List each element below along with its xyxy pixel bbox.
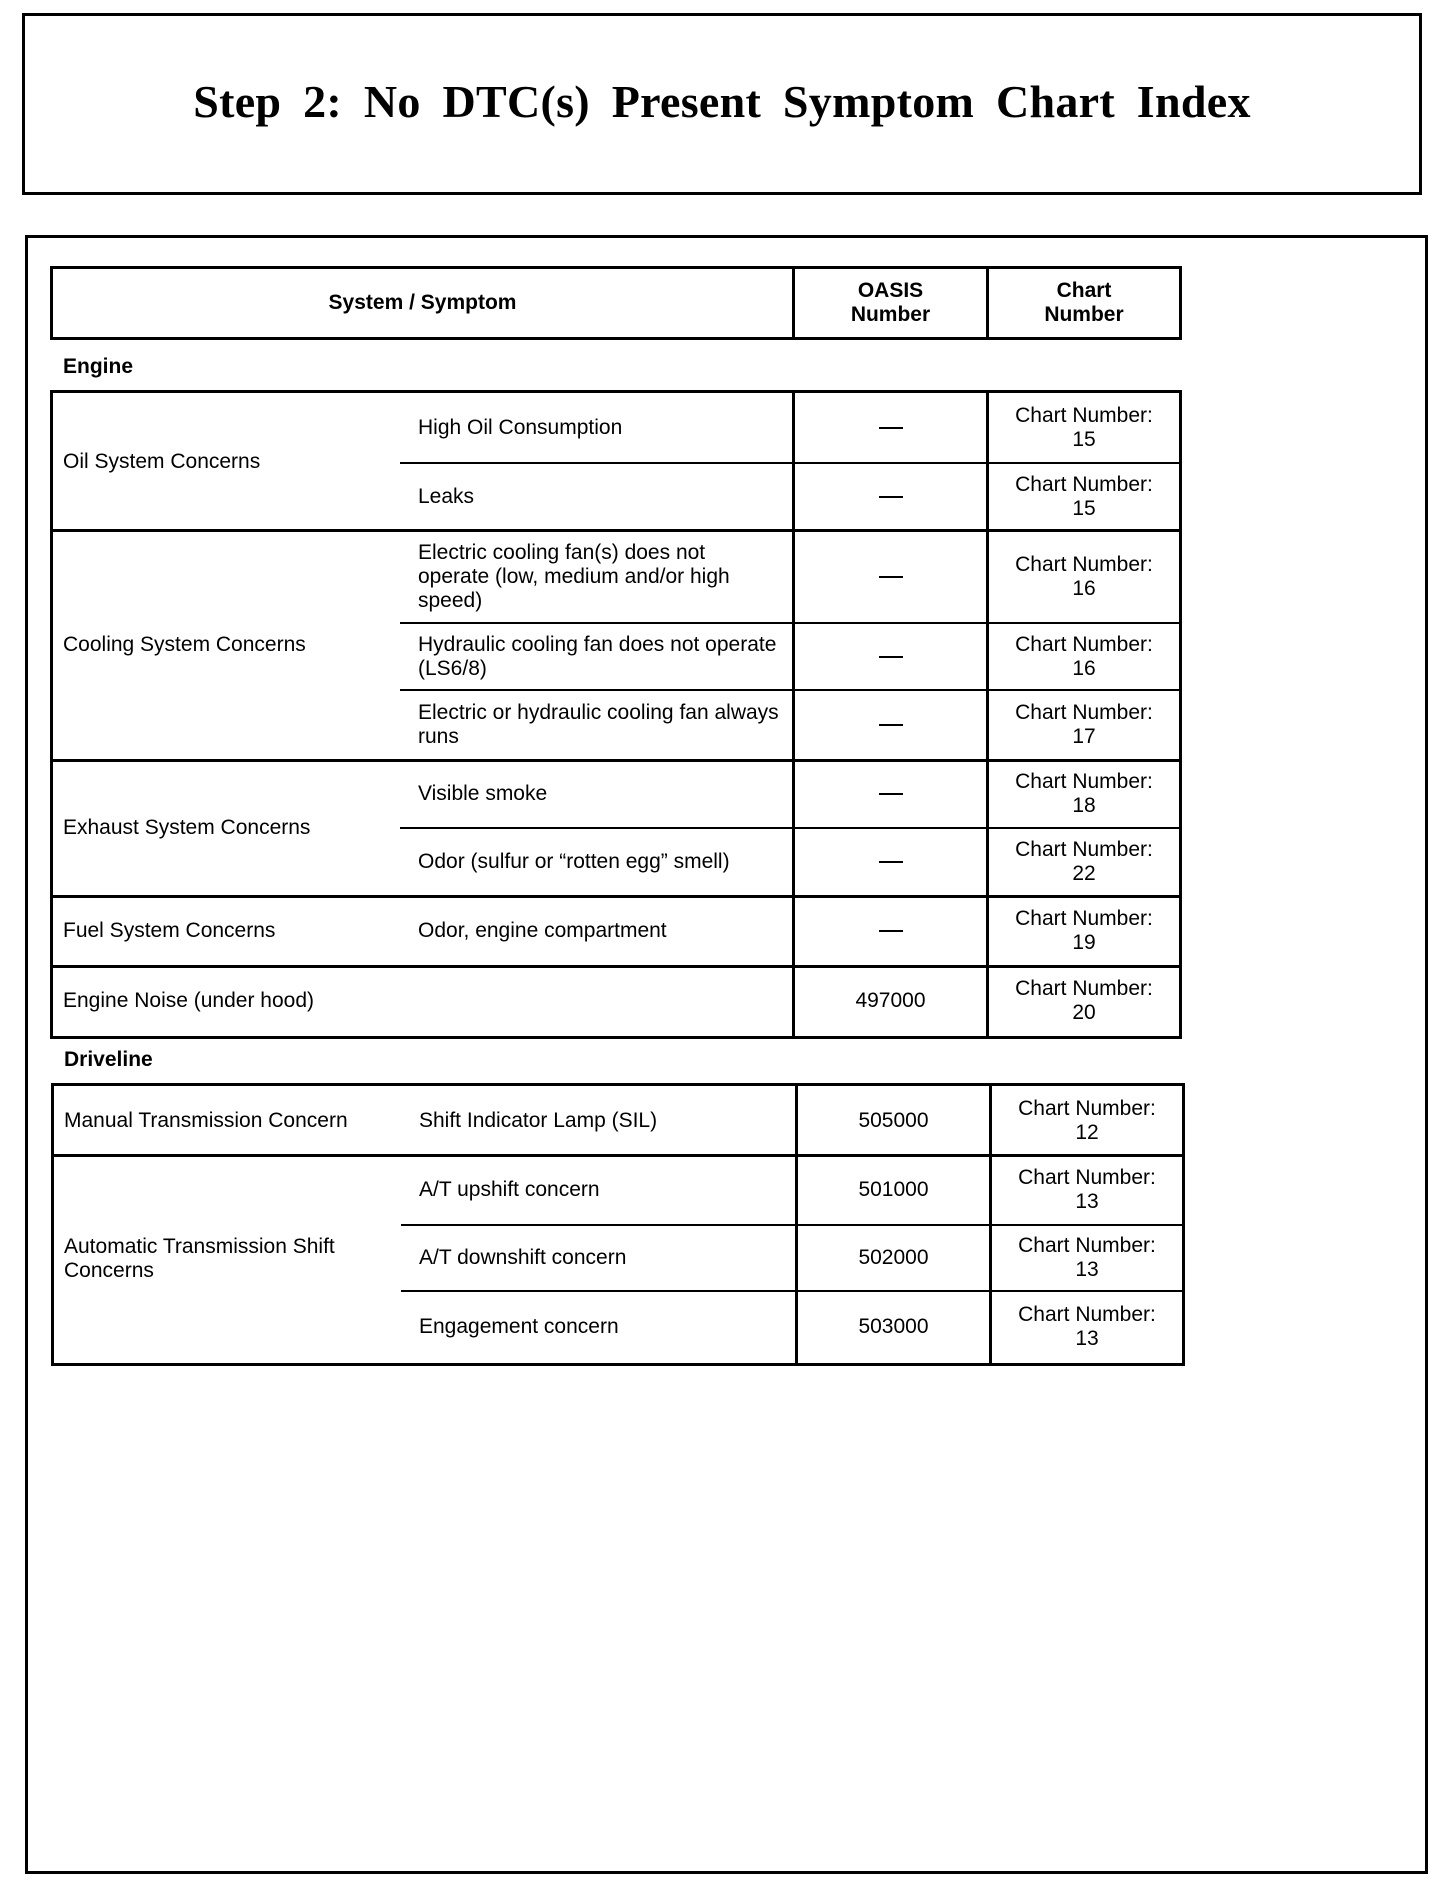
- oasis-number-cell: —: [795, 393, 986, 463]
- chart-number-value: 15: [1072, 428, 1095, 452]
- symptom-cell: Engagement concern: [419, 1291, 783, 1363]
- symptom-table-engine: Oil System ConcernsHigh Oil Consumption—…: [50, 390, 1182, 1039]
- dash-placeholder: —: [879, 656, 903, 658]
- chart-number-value: 13: [1075, 1190, 1098, 1214]
- chart-number-value: 19: [1072, 931, 1095, 955]
- header-oasis-line2: Number: [851, 303, 930, 327]
- oasis-number-cell: —: [795, 896, 986, 966]
- chart-number-label: Chart Number:: [1015, 553, 1153, 577]
- symptom-cell: Odor, engine compartment: [418, 896, 780, 966]
- table-header: System / Symptom OASIS Number Chart Numb…: [50, 266, 1182, 340]
- oasis-number-cell: —: [795, 828, 986, 896]
- chart-number-cell: Chart Number:18: [989, 760, 1179, 828]
- header-oasis-line1: OASIS: [858, 279, 923, 303]
- system-cell: Automatic Transmission Shift Concerns: [64, 1155, 401, 1363]
- oasis-number-cell: —: [795, 530, 986, 623]
- chart-number-cell: Chart Number:13: [992, 1155, 1182, 1225]
- header-chart-line2: Number: [1044, 303, 1123, 327]
- dash-placeholder: —: [879, 793, 903, 795]
- chart-number-cell: Chart Number:20: [989, 966, 1179, 1036]
- oasis-number-cell: 501000: [798, 1155, 989, 1225]
- chart-number-label: Chart Number:: [1015, 701, 1153, 725]
- chart-number-value: 20: [1072, 1001, 1095, 1025]
- chart-number-cell: Chart Number:16: [989, 623, 1179, 690]
- section-label-driveline: Driveline: [64, 1048, 153, 1072]
- dash-placeholder: —: [879, 930, 903, 932]
- chart-number-cell: Chart Number:22: [989, 828, 1179, 896]
- oasis-number-cell: —: [795, 690, 986, 760]
- dash-placeholder: —: [879, 496, 903, 498]
- oasis-number-cell: 503000: [798, 1291, 989, 1363]
- system-cell: Exhaust System Concerns: [63, 760, 400, 896]
- symptom-cell: Electric cooling fan(s) does not operate…: [418, 530, 780, 623]
- chart-number-cell: Chart Number:13: [992, 1291, 1182, 1363]
- dash-placeholder: —: [879, 427, 903, 429]
- symptom-cell: Odor (sulfur or “rotten egg” smell): [418, 828, 780, 896]
- chart-number-value: 15: [1072, 497, 1095, 521]
- symptom-cell: Shift Indicator Lamp (SIL): [419, 1086, 783, 1155]
- symptom-cell: High Oil Consumption: [418, 393, 780, 463]
- oasis-number-cell: 497000: [795, 966, 986, 1036]
- symptom-cell: A/T upshift concern: [419, 1155, 783, 1225]
- oasis-number-cell: 502000: [798, 1225, 989, 1291]
- chart-number-cell: Chart Number:13: [992, 1225, 1182, 1291]
- chart-number-value: 13: [1075, 1327, 1098, 1351]
- system-cell: Fuel System Concerns: [63, 896, 400, 966]
- chart-number-label: Chart Number:: [1018, 1234, 1156, 1258]
- chart-number-label: Chart Number:: [1015, 770, 1153, 794]
- chart-number-label: Chart Number:: [1018, 1166, 1156, 1190]
- system-cell: Manual Transmission Concern: [64, 1086, 401, 1155]
- chart-number-cell: Chart Number:16: [989, 530, 1179, 623]
- chart-number-value: 13: [1075, 1258, 1098, 1282]
- chart-number-cell: Chart Number:12: [992, 1086, 1182, 1155]
- chart-number-label: Chart Number:: [1015, 838, 1153, 862]
- chart-number-cell: Chart Number:17: [989, 690, 1179, 760]
- symptom-table-driveline: Manual Transmission ConcernShift Indicat…: [51, 1083, 1185, 1366]
- page-title: Step 2: No DTC(s) Present Symptom Chart …: [193, 75, 1251, 128]
- symptom-cell: Electric or hydraulic cooling fan always…: [418, 690, 780, 760]
- oasis-number-cell: —: [795, 623, 986, 690]
- chart-number-label: Chart Number:: [1015, 473, 1153, 497]
- chart-number-cell: Chart Number:15: [989, 463, 1179, 530]
- chart-number-value: 18: [1072, 794, 1095, 818]
- header-oasis-number: OASIS Number: [795, 269, 986, 337]
- oasis-number-cell: —: [795, 760, 986, 828]
- chart-number-value: 17: [1072, 725, 1095, 749]
- chart-number-value: 16: [1072, 577, 1095, 601]
- chart-number-cell: Chart Number:15: [989, 393, 1179, 463]
- chart-number-label: Chart Number:: [1018, 1097, 1156, 1121]
- chart-number-cell: Chart Number:19: [989, 896, 1179, 966]
- dash-placeholder: —: [879, 861, 903, 863]
- chart-number-label: Chart Number:: [1018, 1303, 1156, 1327]
- dash-placeholder: —: [879, 576, 903, 578]
- symptom-cell: Leaks: [418, 463, 780, 530]
- header-chart-line1: Chart: [1057, 279, 1112, 303]
- chart-number-label: Chart Number:: [1015, 633, 1153, 657]
- chart-number-value: 16: [1072, 657, 1095, 681]
- chart-number-value: 12: [1075, 1121, 1098, 1145]
- system-cell: Oil System Concerns: [63, 393, 400, 530]
- header-chart-number: Chart Number: [989, 269, 1179, 337]
- title-box: Step 2: No DTC(s) Present Symptom Chart …: [22, 13, 1422, 195]
- symptom-cell: Hydraulic cooling fan does not operate (…: [418, 623, 780, 690]
- symptom-cell: A/T downshift concern: [419, 1225, 783, 1291]
- oasis-number-cell: —: [795, 463, 986, 530]
- chart-number-value: 22: [1072, 862, 1095, 886]
- section-label-engine: Engine: [63, 355, 133, 379]
- chart-number-label: Chart Number:: [1015, 404, 1153, 428]
- symptom-cell: Visible smoke: [418, 760, 780, 828]
- system-cell: Cooling System Concerns: [63, 530, 400, 760]
- oasis-number-cell: 505000: [798, 1086, 989, 1155]
- chart-number-label: Chart Number:: [1015, 907, 1153, 931]
- dash-placeholder: —: [879, 724, 903, 726]
- chart-number-label: Chart Number:: [1015, 977, 1153, 1001]
- header-system-symptom: System / Symptom: [53, 269, 792, 337]
- system-cell: Engine Noise (under hood): [63, 966, 782, 1036]
